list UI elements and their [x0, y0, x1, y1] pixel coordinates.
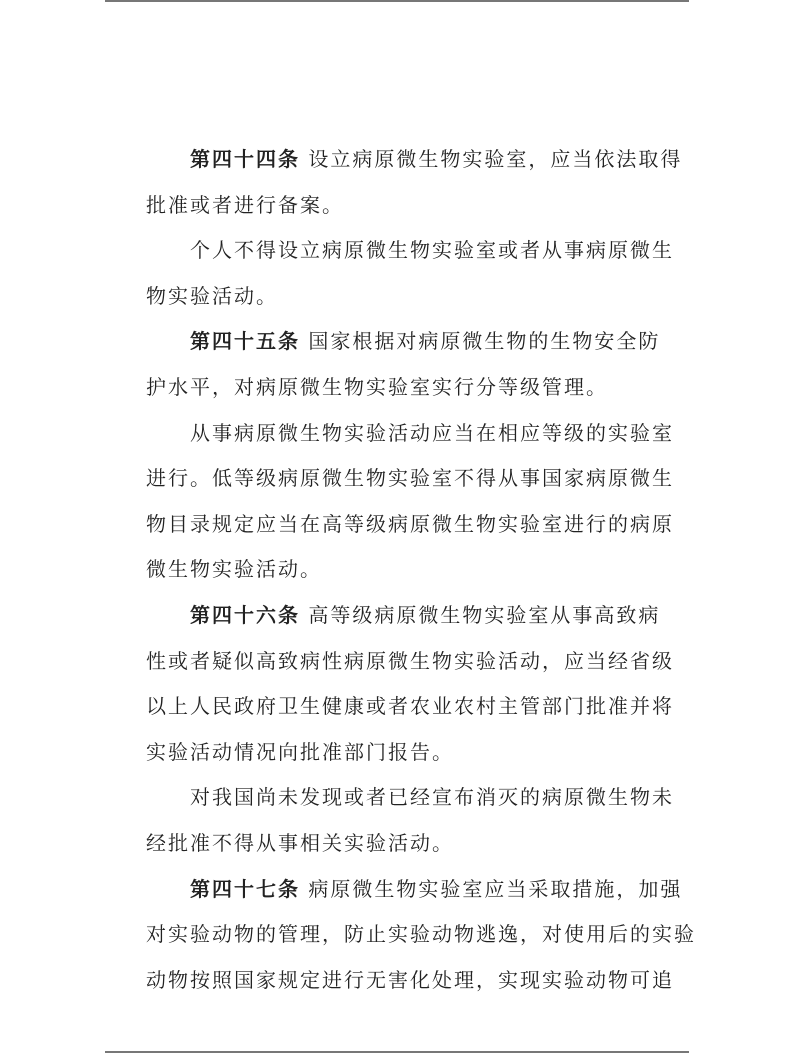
article-heading: 第四十七条: [190, 877, 300, 901]
text-line: 微生物实验活动。: [146, 547, 666, 593]
text-line: 进行。低等级病原微生物实验室不得从事国家病原微生: [146, 456, 666, 502]
text-line: 护水平，对病原微生物实验室实行分等级管理。: [146, 365, 666, 411]
text-line: 第四十四条 设立病原微生物实验室，应当依法取得: [146, 137, 666, 183]
article-heading: 第四十六条: [190, 603, 300, 627]
article-heading: 第四十五条: [190, 329, 300, 353]
text-line: 第四十六条 高等级病原微生物实验室从事高致病: [146, 593, 666, 639]
text-line: 实验活动情况向批准部门报告。: [146, 730, 666, 776]
text-line: 从事病原微生物实验活动应当在相应等级的实验室: [146, 411, 666, 457]
text-line: 第四十七条 病原微生物实验室应当采取措施，加强: [146, 867, 666, 913]
text-line: 以上人民政府卫生健康或者农业农村主管部门批准并将: [146, 684, 666, 730]
article-heading: 第四十四条: [190, 147, 300, 171]
text-line: 动物按照国家规定进行无害化处理，实现实验动物可追: [146, 958, 666, 1004]
text-line: 经批准不得从事相关实验活动。: [146, 821, 666, 867]
text-line: 物目录规定应当在高等级病原微生物实验室进行的病原: [146, 502, 666, 548]
top-rule: [105, 0, 689, 2]
text-line: 个人不得设立病原微生物实验室或者从事病原微生: [146, 228, 666, 274]
text-line: 物实验活动。: [146, 274, 666, 320]
document-body: 第四十四条 设立病原微生物实验室，应当依法取得 批准或者进行备案。 个人不得设立…: [146, 137, 666, 1003]
text-line: 第四十五条 国家根据对病原微生物的生物安全防: [146, 319, 666, 365]
text-line: 性或者疑似高致病性病原微生物实验活动，应当经省级: [146, 639, 666, 685]
text-line: 对我国尚未发现或者已经宣布消灭的病原微生物未: [146, 775, 666, 821]
bottom-rule: [105, 1051, 689, 1053]
text-line: 批准或者进行备案。: [146, 183, 666, 229]
text-line: 对实验动物的管理，防止实验动物逃逸，对使用后的实验: [146, 912, 666, 958]
